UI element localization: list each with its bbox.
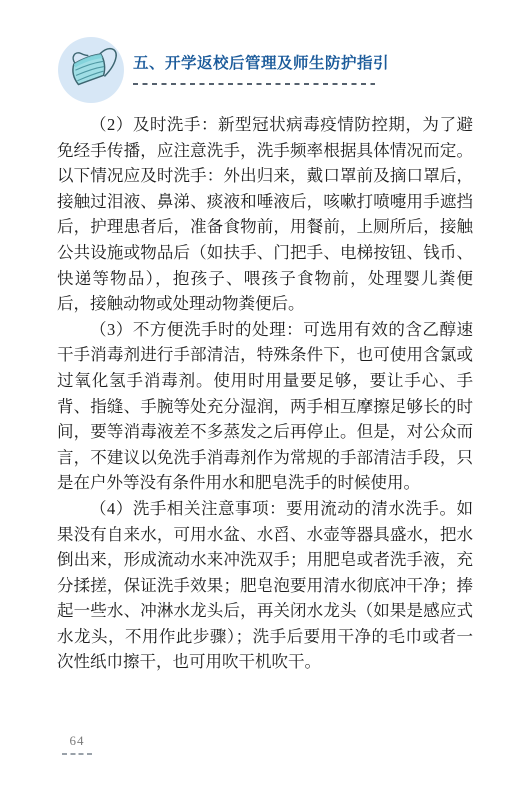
face-mask-icon xyxy=(58,37,124,103)
paragraph-handwashing-inconvenient: （3）不方便洗手时的处理：可选用有效的含乙醇速干手消毒剂进行手部清洁，特殊条件下… xyxy=(57,317,473,496)
paragraph-handwashing-notes: （4）洗手相关注意事项：要用流动的清水洗手。如果没有自来水，可用水盆、水舀、水壶… xyxy=(57,496,473,675)
page-footer: 64 xyxy=(60,733,94,755)
chapter-header: 五、开学返校后管理及师生防护指引 xyxy=(58,37,389,103)
page-number: 64 xyxy=(60,733,94,749)
document-page: 五、开学返校后管理及师生防护指引 （2）及时洗手：新型冠状病毒疫情防控期，为了避… xyxy=(0,0,528,793)
footer-dashed-rule xyxy=(62,753,92,755)
body-text: （2）及时洗手：新型冠状病毒疫情防控期，为了避免经手传播，应注意洗手，洗手频率根… xyxy=(57,112,473,675)
paragraph-timely-handwashing: （2）及时洗手：新型冠状病毒疫情防控期，为了避免经手传播，应注意洗手，洗手频率根… xyxy=(57,112,473,317)
title-dashed-underline xyxy=(133,83,375,85)
chapter-title-block: 五、开学返校后管理及师生防护指引 xyxy=(133,37,389,85)
chapter-title: 五、开学返校后管理及师生防护指引 xyxy=(133,51,389,73)
